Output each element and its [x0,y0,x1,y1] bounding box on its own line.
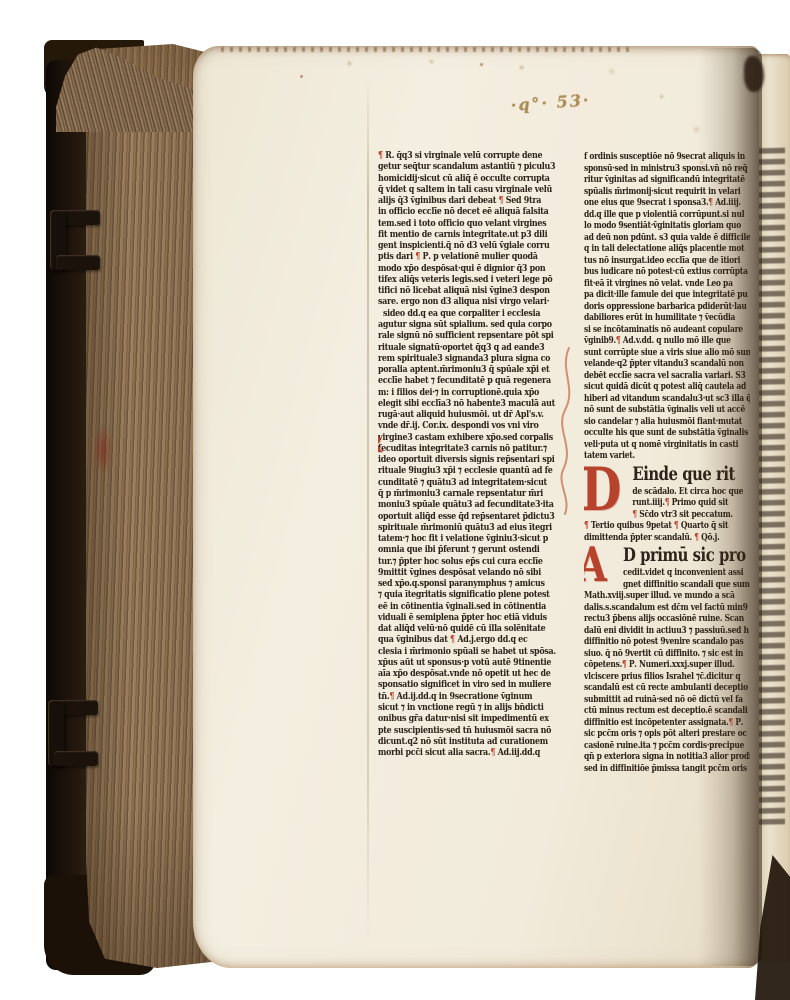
text-line: tatem variet. [584,450,750,462]
text-line: clesia i m̄rimonio spūali se habet ut sp… [378,646,580,657]
lombard-initial-r: R [378,431,382,458]
text-line: omnia que ibi p̄ferunt ⁊ gerunt ostendi [378,544,580,555]
text-line: de scādalo. Et circa hoc que [632,486,750,498]
text-line: velande·q2 p̄pter vitandu3 scandalū non [584,358,750,370]
text-line: ritur v̄ginitas ad significandū integrit… [584,174,750,186]
text-line: occulte his que sunt de substātia v̄gina… [584,427,750,439]
page-crease-line [367,74,369,946]
foliation-mark: ·q°· 53· [510,88,622,124]
text-line: doris oppressione barbarica pdiderūt·lau [584,301,750,313]
text-line: rituale 9iugiu3 xp̄i ⁊ ecclesie quantū a… [378,465,580,476]
text-line: cōpetens.¶ P̄. Numeri.xxxj.super illud. [584,659,750,671]
text-line: tem.sed i toto officio quo velant virgin… [378,218,580,229]
pilcrow-mark: ¶ [450,634,455,645]
text-line: qn̄ p exteriora signa in notitia3 alior … [584,751,750,763]
text-line: pa dicit·ille famule dei que integritatē… [584,289,750,301]
text-line: rugā·aut aliquid huiusmōi. ut dr̄ Apl's.… [378,409,580,420]
facing-leaf-text [757,148,785,831]
text-line: ptis dari ¶ P̄. p velationē mulier quodā [378,251,580,262]
text-line: morbi pcc̄i sicut alia sacra.¶ Ad.iij.dd… [378,747,580,758]
text-line: runt.iiij.¶ Primo quid sit [632,497,750,509]
text-line: vlciscere prius filios Israhel ⁊c̄.dicit… [584,671,750,683]
text-line: ctū minus rectum est deceptio.ē scandali [584,705,750,717]
clasp-prong [56,255,100,270]
text-line: ideo oportuit diversis signis rep̄sentar… [378,454,580,465]
text-line: pte suscipientis·sed tn̄ huiusmōi sacra … [378,725,580,736]
text-line: siuo. q̄ nō 9vertit cū diffinito. ⁊ sic … [584,648,750,660]
lombard-initial-a: A [584,543,623,587]
pilcrow-mark: ¶ [415,251,420,262]
text-line: sunt corrūpte siue a viris siue alio mō … [584,347,750,359]
text-line: f ordinis susceptiōe nō 9secrat aliquis … [584,151,750,163]
text-line: tn̄.¶ Ad.ij.dd.q in 9secratione v̄ginum [378,691,580,702]
lombard-initial-d: D [584,462,632,518]
text-line: dd.q ille que p violentiā corrūpunt.si n… [584,209,750,221]
text-line: dabiliores erūt in humilitate ⁊ v̄ecūdia [584,312,750,324]
pilcrow-mark: ¶ [499,195,504,206]
text-line: sed in diffinitiōe p̄missa tangit pcc̄m … [584,763,750,775]
text-line: vnde dr̄.ij. Cor.ix. despondi vos vni vi… [378,420,580,431]
text-line: moniu3 spūale quātu3 ad fecunditate3·ita [378,499,580,510]
text-line: 9mittit v̄gines despōsat velando nō sibi [378,567,580,578]
pilcrow-mark: ¶ [665,497,670,508]
text-line: ¶ R. q̄q3 si virginale velū corrupte den… [378,150,580,161]
left-text-column: R ¶ R. q̄q3 si virginale velū corrupte d… [378,150,580,766]
text-line: ⁊ quia ītegritatis significatio plene po… [378,589,580,600]
text-line: gent inspicienti.q̄ nō d3 velū v̄giale c… [378,240,580,251]
gutter-top-shadow [744,56,764,92]
text-line: poralia aptent.m̄rimoniu3 q̄ spūale xp̄i… [378,364,580,375]
text-line: bus iudicare nō potest·cū extius corrūpt… [584,266,750,278]
text-line: q̄ videt q saltem in tali casu virginale… [378,184,580,195]
text-line: fecuditas integritate3 carnis nō patitur… [378,443,580,454]
text-line: viduali ē semiplena p̄pter hoc etiā vidu… [378,612,580,623]
article-heading-display: D primū sic pro [623,543,750,567]
right-column-top-lines: f ordinis susceptiōe nō 9secrat aliquis … [584,151,750,462]
text-line: tatem·⁊ hoc fit i velatione v̄giniu3·sic… [378,533,580,544]
text-line: q̄ p m̄rimoniu3 carnale repsentatur m̄ri [378,488,580,499]
left-column-lines: ¶ R. q̄q3 si virginale velū corrupte den… [378,150,580,758]
text-line: modo xp̄o despōsat·qui ē dignior q̄3 pon [378,263,580,274]
text-line: tifex aliq̄s veteris legis.sed i veteri … [378,274,580,285]
text-line: veli·puta ut q nomē virginitatis in cast… [584,439,750,451]
browned-top-edge [221,47,631,52]
right-text-column: f ordinis susceptiōe nō 9secrat aliquis … [584,151,750,791]
text-line: sed xp̄o.q.sponsi paranymphus ⁊ amicus [378,578,580,589]
text-line: Math.xviij.super illud. ve mundo a scā [584,590,750,602]
text-line: sideo dd.q ea que corpaliter i ecclesia [378,308,580,319]
article-section-lines: cedit.videt q inconvenient assignet diff… [584,567,750,774]
text-line: dalis.s.scandalum est dc̄m vel factū min… [584,602,750,614]
text-line: getur seq̄tur scandalum astantiū ⁊ picul… [378,161,580,172]
text-line: onibus gr̄a datur·nisi sit impedimentū e… [378,713,580,724]
text-line: dimittenda p̄pter scandalū. ¶ Qō.j. [584,532,750,544]
text-line: diffinitio est incōpetenter assignata.¶ … [584,717,750,729]
text-line: sic pcc̄m oris ⁊ opis pōt alteri prestar… [584,728,750,740]
rubricator-flourish [555,346,581,516]
pilcrow-mark: ¶ [632,509,637,520]
pilcrow-mark: ¶ [389,691,394,702]
text-line: cedit.videt q inconvenient assi [623,567,750,579]
text-line: ecclīe habet ⁊ fecunditatē p quā regener… [378,375,580,386]
text-line: one eius que 9secrat i sponsa3.¶ Ad.iiij… [584,197,750,209]
text-line: tifici nō licebat aliquā nisi v̄gine3 de… [378,285,580,296]
text-line: q in tali delectatione aliq̄s placentie … [584,243,750,255]
pilcrow-mark: ¶ [378,150,383,161]
text-line: si se incōtaminatis nō audeant copulare [584,324,750,336]
text-line: virgine3 castam exhibere xp̄o.sed corpal… [378,432,580,443]
text-line: sicut quidā dicūt q potest aliq̄ cautela… [584,381,750,393]
text-line: in officio ecclīe nō decet eē aliquā fal… [378,206,580,217]
text-line: scandalū est cū recte ambulanti deceptio [584,682,750,694]
text-line: rectu3 p̄bens alijs occasiōnē ruine. Sca… [584,613,750,625]
text-line: casionē ruine.ita ⁊ pcc̄m cordis·precipu… [584,740,750,752]
text-line: dicunt.q2 nō sūt instituta ad curationem [378,736,580,747]
text-line: spūalis m̄rimonij·sicut requirit in vela… [584,186,750,198]
text-line: tus nō insurgat.ideo ecclīa que de ītior… [584,255,750,267]
open-page: ·q°· 53· R ¶ R. q̄q3 si virginale velū c… [193,46,759,968]
text-line: diffinitio nō potest 9venire scandalo pa… [584,636,750,648]
pilcrow-mark: ¶ [490,747,495,758]
question-section: D Einde que rit de scādalo. Et circa hoc… [584,462,750,544]
text-line: submittit ad ruinā·sed nō oē dictū vel f… [584,694,750,706]
pilcrow-mark: ¶ [622,659,627,670]
text-line: ¶ Sc̄do vtr3 sit peccatum. [632,509,750,521]
text-line: spirituale m̄rimoniū quātu3 ad eius īteg… [378,522,580,533]
pilcrow-mark: ¶ [728,717,733,728]
pilcrow-mark: ¶ [674,520,679,531]
text-line: rituale signatū·oportet q̄q3 q ad eande3 [378,342,580,353]
red-edge-smudge [94,425,112,475]
text-line: gnet diffinitio scandali que sumit ex gl… [623,579,750,591]
text-line: elegit sibi ecclīa3 nō habente3 maculā a… [378,398,580,409]
text-line: oportuit aliq̄d esse q̄d rep̄sentaret p̄… [378,511,580,522]
text-line: eē in cōtinentia v̄ginali.sed in cōtinen… [378,601,580,612]
photo-of-open-incunabulum: ·q°· 53· R ¶ R. q̄q3 si virginale velū c… [0,0,790,1000]
article-section: A D primū sic pro cedit.videt q inconven… [584,543,750,774]
pilcrow-mark: ¶ [616,335,621,346]
text-line: aīa xp̄o despōsat.vnde nō opetit ut hec … [378,668,580,679]
text-line: agutur signa sūt spialium. sed quia corp… [378,319,580,330]
text-line: debēt ecclīe sacra vel sacralia variari.… [584,370,750,382]
text-line: v̄ginib9.¶ Ad.v.dd. q nullo mō ille que [584,335,750,347]
text-line: sare. ergo non d3 aliqua nisi virgo vela… [378,296,580,307]
text-line: ¶ Tertio quibus 9petat ¶ Quarto q̄ sit [584,520,750,532]
pilcrow-mark: ¶ [694,532,699,543]
text-line: dat aliq̄d velū·nō quidē cū illa solēnit… [378,623,580,634]
text-line: cunditatē ⁊ quātu3 ad integritatem·sicut [378,477,580,488]
clasp-prong [54,751,98,766]
metal-clasp-upper [50,210,102,270]
section-heading-display: Einde que rit [632,462,750,486]
text-line: sponsū·sed in ministru3 sponsi.vn̄ nō re… [584,163,750,175]
text-line: fit·eā īt virgines nō velat. vnde Leo pa [584,278,750,290]
text-line: m: i filios dei·⁊ in corruptionē.quia xp… [378,387,580,398]
text-line: sponsatio significet in viro sed in muli… [378,679,580,690]
text-line: tur.⁊ p̄pter hoc solus ep̄s cui cura ecc… [378,556,580,567]
text-line: hiberi ad vitandum scandalu3·ut sc3 illa… [584,393,750,405]
metal-clasp-lower [48,700,100,766]
text-line: homicidij·sicut cū aliq̄ ē occulte corru… [378,173,580,184]
pilcrow-mark: ¶ [708,197,713,208]
text-line: alijs q̄3 v̄ginibus dari debeat ¶ Sed 9t… [378,195,580,206]
pilcrow-mark: ¶ [584,520,589,531]
text-line: dalū eni dividit in actiuu3 ⁊ passiuū.se… [584,625,750,637]
text-line: sicut ⁊ in vnctione regū ⁊ in alijs bn̄d… [378,702,580,713]
text-line: sio candelar ⁊ alia huiusmōi fiant·mutat [584,416,750,428]
text-line: xp̄us aūt ut sponsus·p votū autē 9tinent… [378,657,580,668]
text-line: rale signū nō sufficient repsentare pōt … [378,330,580,341]
text-line: fit mentio de carnis integritate.ut p3 d… [378,229,580,240]
text-line: lo modo 9sentiāt·v̄ginitatis gloriam quo [584,220,750,232]
foxing-stains [300,75,303,78]
text-line: ad deū non pdūnt. s3 quia valde ē diffic… [584,232,750,244]
text-line: rem spirituale3 signanda3 plura signa co [378,353,580,364]
text-line: qua v̄ginibus dat ¶ Ad.j.ergo dd.q ec [378,634,580,645]
text-line: nō sunt de substātia v̄ginalis veli ut a… [584,404,750,416]
